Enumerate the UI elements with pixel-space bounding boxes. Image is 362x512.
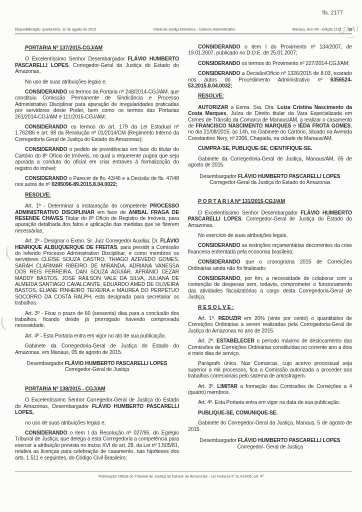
paragraph: CONSIDERANDO os termos do art. 179 da Le… xyxy=(15,124,179,143)
paragraph: CONSIDERANDO as restrições orçamentárias… xyxy=(188,243,352,255)
portaria-heading: PORTARIA Nº 138/2015 - CGJ/AM xyxy=(25,386,179,392)
paragraph: CONSIDERANDO os termos da Portaria nº 24… xyxy=(15,89,179,120)
paragraph: Art. 3º - Fixar o prazo de 60 (sessenta)… xyxy=(15,310,179,329)
paragraph: CONSIDERANDO o item I da Resolução nº 02… xyxy=(15,430,179,461)
header-edition: Manaus, Ano VIII - Edição 1112 xyxy=(292,28,341,32)
paragraph: O Excelentíssimo Senhor Desembargador FL… xyxy=(188,210,352,229)
paragraph: CONSIDERANDO a Decisão/Ofício nº 1326/20… xyxy=(188,71,352,90)
paragraph: Art. 2º - Designar o Exmo. Sr. Juiz Corr… xyxy=(15,238,179,306)
paragraph: Art. 1º - Determinar a instauração do co… xyxy=(15,203,179,234)
header-page-number: 18 xyxy=(348,28,352,32)
handwritten-underline xyxy=(347,36,355,38)
signature-line: Corregedor-Geral da Justiça do Estado do… xyxy=(188,179,352,185)
paragraph: AUTORIZAR a Exma. Sra. Dra. Luiza Cristi… xyxy=(188,104,352,141)
right-column: CONSIDERANDO o item I do Provimento nº 1… xyxy=(188,44,352,470)
paragraph: CONSIDERANDO que o cronograma 2015 de Co… xyxy=(188,259,352,271)
paragraph: No exercício de suas atribuições legais, xyxy=(188,232,352,238)
document-sheet: fls. 2177 1JAA) Disponibilização: quarta… xyxy=(0,0,362,512)
paragraph: CONSIDERANDO o pedido de providências em… xyxy=(15,147,179,172)
folio-number: fls. 2177 xyxy=(322,10,343,16)
paragraph: Art. 2º. ESTABELECER o período máximo de… xyxy=(188,338,352,357)
resolve-heading: RESOLVE: xyxy=(25,192,179,198)
header-gazette-title: Diário da Justiça Eletrônico - Caderno A… xyxy=(153,28,235,32)
footer-rule xyxy=(15,471,352,472)
paragraph: PUBLIQUE-SE, COMUNIQUE-SE. xyxy=(188,410,352,416)
header-availability-date: Disponibilização: quarta-feira, 12 de ag… xyxy=(15,28,96,32)
left-column: PORTARIA Nº 137/2015-CGJ/AMO Excelentíss… xyxy=(15,44,179,470)
signature-line: Corregedor-Geral de Justiça xyxy=(15,367,179,373)
scan-artifact-curl: ( xyxy=(4,246,13,262)
footer-publication-note: Publicação Oficial do Tribunal de Justiç… xyxy=(0,474,362,479)
paragraph: Gabinete do Corregedor-Geral da Justiça,… xyxy=(188,420,352,432)
paragraph: CONSIDERANDO o item I do Provimento nº 1… xyxy=(188,44,352,56)
portaria-heading: PORTARIA Nº 137/2015-CGJ/AM xyxy=(25,45,179,51)
portaria-heading: P O R T A R I A Nº 131/2015-CGJ/AM xyxy=(198,199,352,205)
paragraph: CUMPRA-SE, PUBLIQUE-SE, CIENTIFIQUE-SE. xyxy=(188,146,352,152)
two-column-body: PORTARIA Nº 137/2015-CGJ/AMO Excelentíss… xyxy=(15,44,352,470)
signature-line: Corregedor- Geral de Justiça xyxy=(188,444,352,450)
paragraph: Gabinete da Corregedoria-Geral de Justiç… xyxy=(15,343,179,355)
paragraph: O Excelentíssimo Senhor Corregedor-Geral… xyxy=(15,397,179,416)
paragraph: Parágrafo único. Nas Comarcas, cujo acer… xyxy=(188,361,352,380)
paragraph: Art. 1º. REDUZIR em 20% (vinte por cento… xyxy=(188,316,352,335)
scan-artifact-curl: ( xyxy=(0,316,7,332)
resolve-heading: R E S O L V E : xyxy=(198,304,352,310)
paragraph: Gabinete da Corregedoria-Geral de Justiç… xyxy=(188,156,352,168)
paragraph: Art. 4º. Esta Portaria entra em vigor na… xyxy=(188,400,352,406)
paragraph: Art. 3º. LIMITAR a formação das Comissõe… xyxy=(188,383,352,395)
scanned-gazette-page: fls. 2177 1JAA) Disponibilização: quarta… xyxy=(0,0,362,512)
paragraph: CONSIDERANDO, por fim, a necessidade de … xyxy=(188,275,352,300)
paragraph: CONSIDERANDO os termos do Provimento nº … xyxy=(188,60,352,66)
gazette-header: Disponibilização: quarta-feira, 12 de ag… xyxy=(15,28,352,34)
paragraph: no uso de suas atribuições legais e, xyxy=(15,420,179,426)
resolve-heading: RESOLVE: xyxy=(198,93,352,99)
paragraph: O Excelentíssimo Senhor Desembargador FL… xyxy=(15,56,179,75)
header-edition-group: Manaus, Ano VIII - Edição 1112 18 xyxy=(292,28,352,32)
paragraph: CONSIDERANDO o Parecer de fls. 43/46 e a… xyxy=(15,175,179,187)
paragraph: No uso de suas atribuições legais e, xyxy=(15,79,179,85)
paragraph: Art. 4º - Esta Portaria entra em vigor n… xyxy=(15,333,179,339)
